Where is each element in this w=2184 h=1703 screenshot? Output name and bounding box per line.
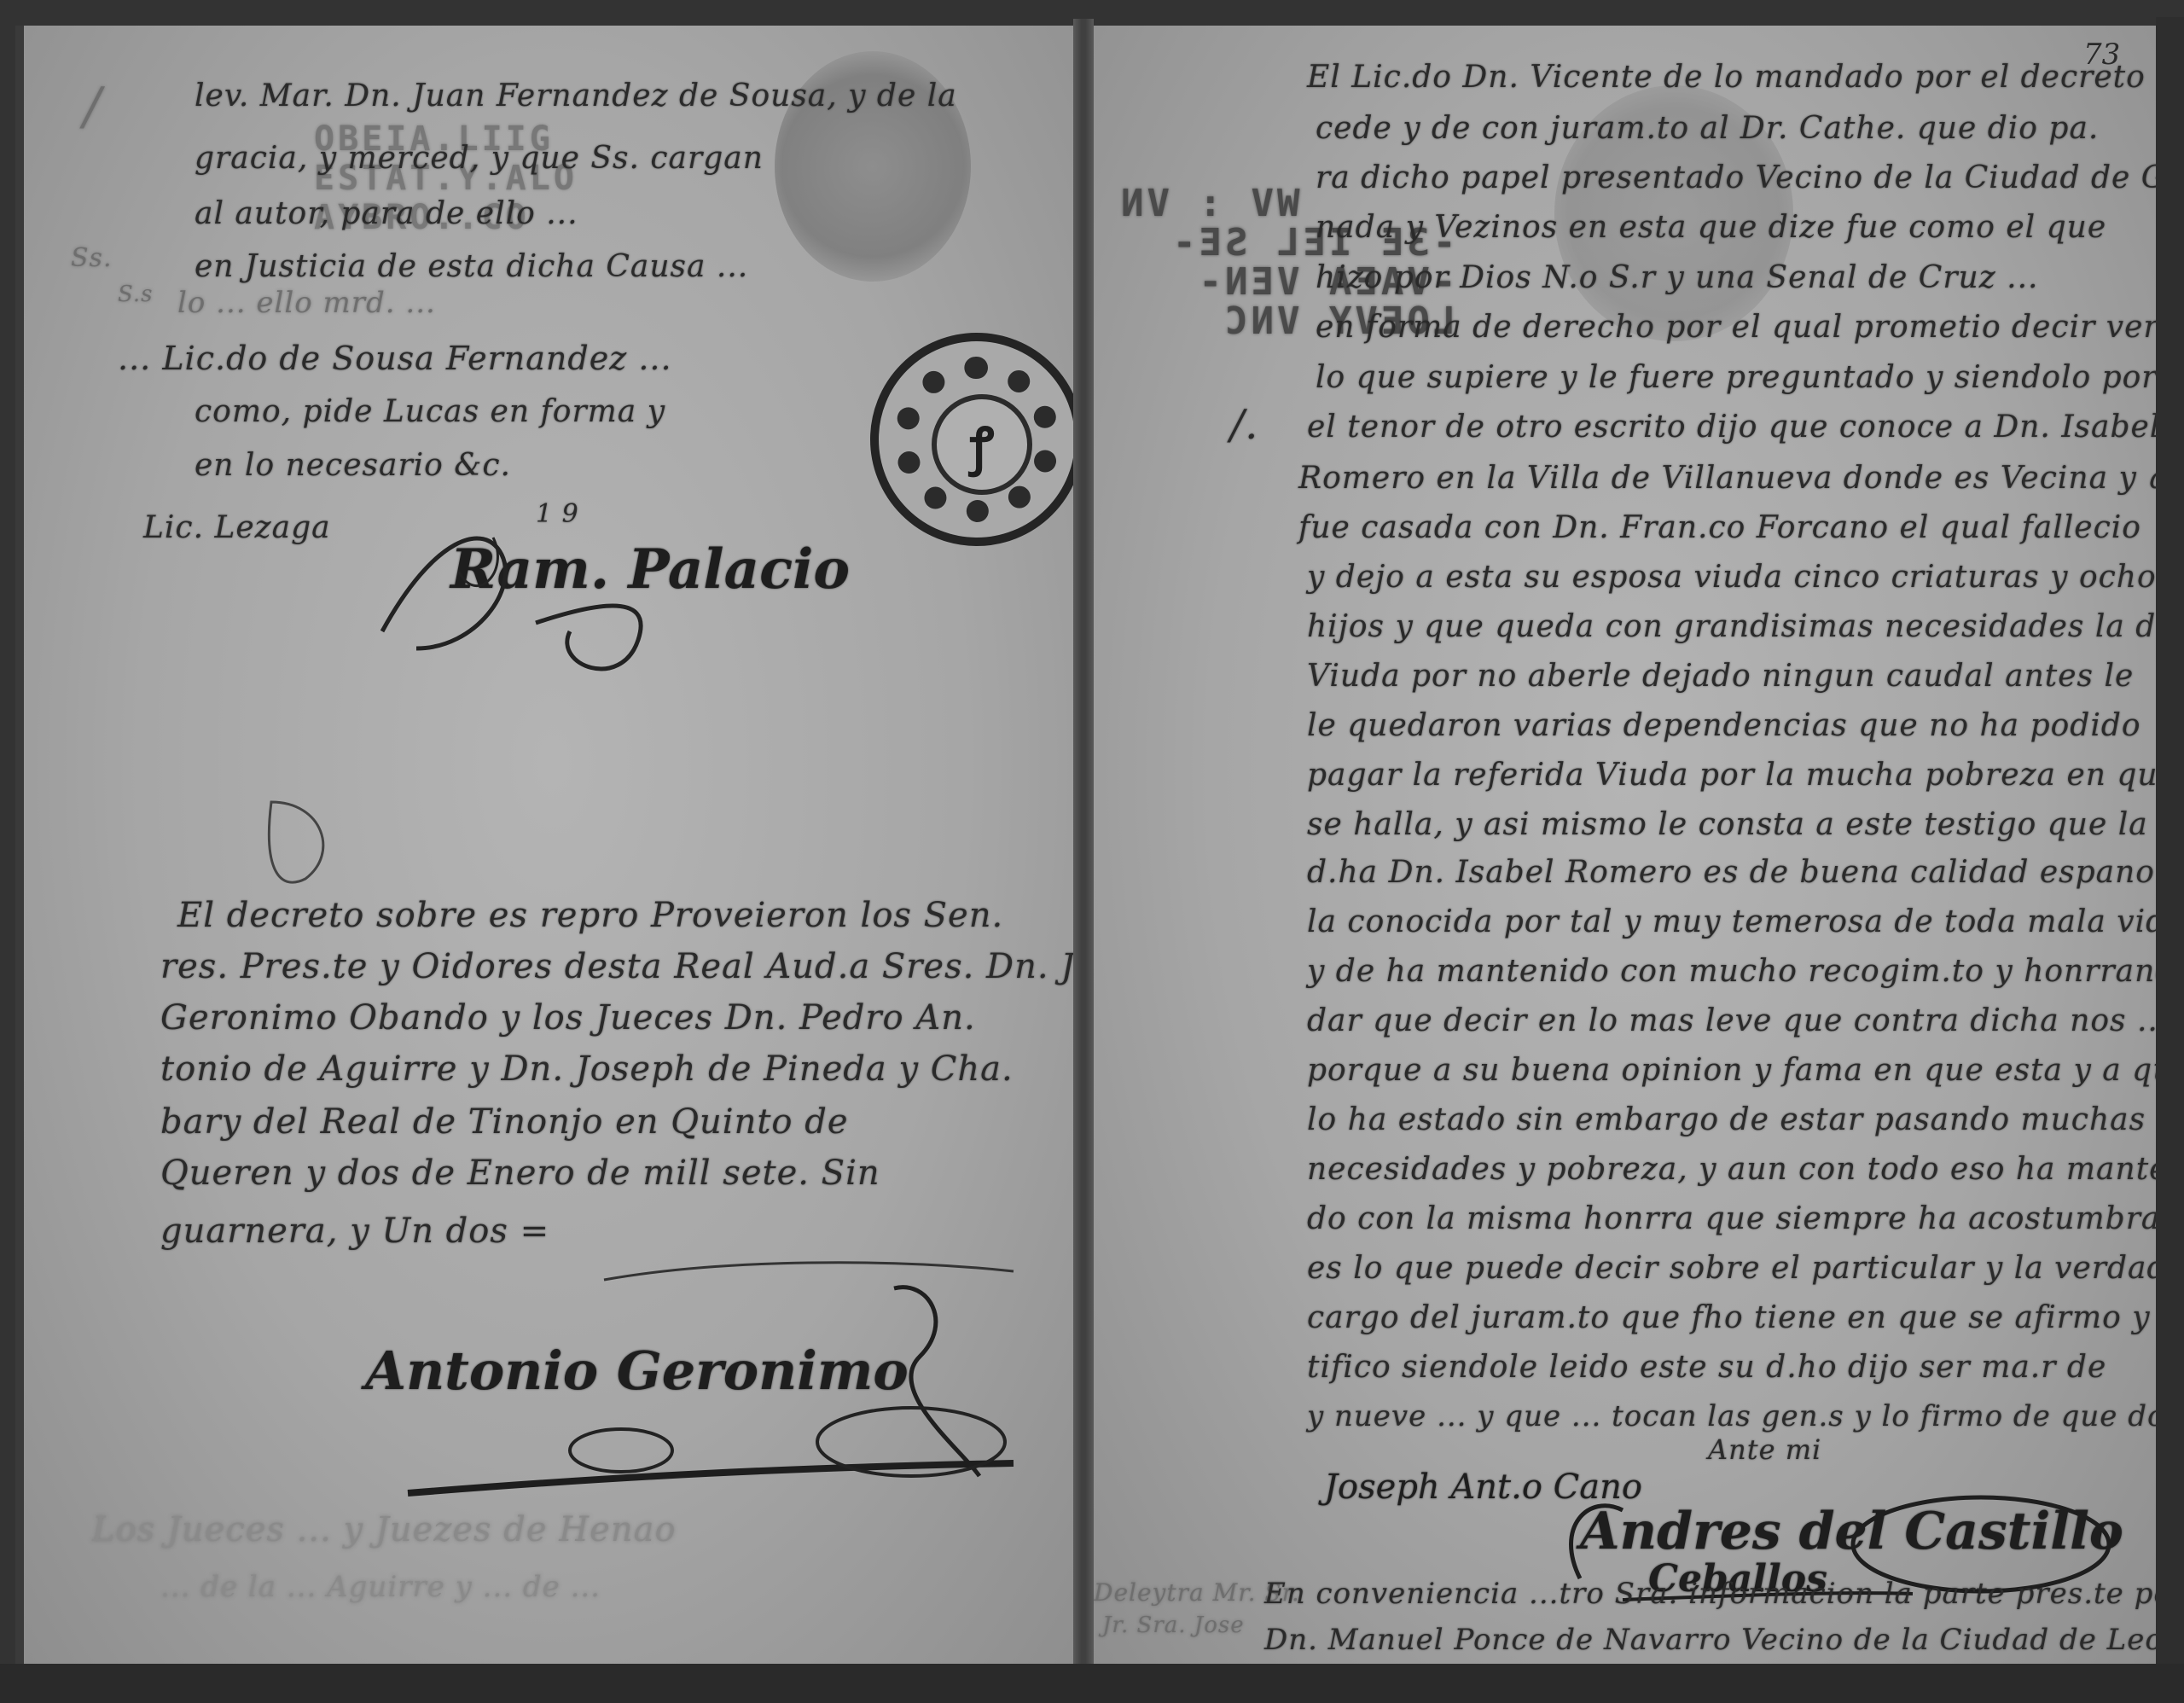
decree-line: res. Pres.te y Oidores desta Real Aud.a … [160, 947, 1082, 986]
capital-d-icon [246, 793, 348, 896]
text-line: en Justicia de esta dicha Causa ... [195, 249, 748, 284]
testimony-line: y dejo a esta su esposa viuda cinco cria… [1307, 560, 2156, 595]
testimony-line: tifico siendole leido este su d.ho dijo … [1307, 1350, 2106, 1385]
testimony-line: d.ha Dn. Isabel Romero es de buena calid… [1307, 855, 2156, 890]
text-line: lo ... ello mrd. ... [177, 286, 436, 320]
margin-mark: Ss. [71, 243, 112, 273]
text-line: ... Lic.do de Sousa Fernandez ... [118, 340, 672, 377]
testimony-line: nada y Vezinos en esta que dize fue como… [1316, 210, 2106, 245]
testimony-line: El Lic.do Dn. Vicente de lo mandado por … [1307, 60, 2156, 95]
decree-line: tonio de Aguirre y Dn. Joseph de Pineda … [160, 1049, 1014, 1089]
testimony-line: cede y de con juram.to al Dr. Cathe. que… [1316, 111, 2099, 146]
footer-line: En conveniencia ...tro Sra. informacion … [1264, 1577, 2156, 1611]
text-line: Lic. Lezaga [143, 510, 331, 545]
ante-mi-label: Ante mi [1708, 1433, 1821, 1466]
ink-seal-stamp: ꝭ [870, 333, 1083, 546]
bleed-through-line: Los Jueces ... y Juezes de Henao [92, 1510, 677, 1549]
decree-line: guarnera, y Un dos = [160, 1212, 549, 1251]
signature-flourish-icon [365, 503, 672, 674]
testimony-line: en forma de derecho por el qual prometio… [1316, 310, 2156, 345]
testimony-line: do con la misma honrra que siempre ha ac… [1307, 1201, 2156, 1236]
testimony-line: es lo que puede decir sobre el particula… [1307, 1251, 2156, 1286]
right-page: 73 WV : VN-3E IEL SE--VAEA VEN-LOEVY VNC… [1094, 26, 2156, 1672]
testimony-line: cargo del juram.to que fho tiene en que … [1307, 1300, 2156, 1335]
manuscript-spread: OBEIA.LIIGESTAT.Y.ALOAYBRO..CO / lev. Ma… [0, 0, 2184, 1703]
text-line: gracia, y merced, y que Ss. cargan [195, 141, 764, 176]
page-gutter [1073, 19, 1094, 1691]
decree-line: Geronimo Obando y los Jueces Dn. Pedro A… [160, 998, 976, 1037]
testimony-line: le quedaron varias dependencias que no h… [1307, 708, 2141, 743]
decree-line: bary del Real de Tinonjo en Quinto de [160, 1102, 849, 1142]
footer-line: Dn. Manuel Ponce de Navarro Vecino de la… [1264, 1623, 2156, 1657]
seal-monogram-icon: ꝭ [932, 394, 1032, 495]
page-edge [0, 1664, 2184, 1703]
testimony-line: y nueve ... y que ... tocan las gen.s y … [1307, 1399, 2156, 1433]
decree-line: El decreto sobre es repro Proveieron los… [177, 896, 1003, 935]
text-line: al autor, para de ello ... [195, 196, 578, 231]
testimony-line: el tenor de otro escrito dijo que conoce… [1307, 410, 2156, 445]
testimony-line: fue casada con Dn. Fran.co Forcano el qu… [1298, 510, 2141, 545]
testimony-line: lo ha estado sin embargo de estar pasand… [1307, 1102, 2146, 1137]
text-line: en lo necesario &c. [195, 448, 511, 483]
testimony-line: necesidades y pobreza, y aun con todo es… [1307, 1152, 2156, 1187]
testimony-line: Viuda por no aberle dejado ningun caudal… [1307, 659, 2134, 694]
testimony-line: Romero en la Villa de Villanueva donde e… [1298, 461, 2156, 496]
testimony-line: pagar la referida Viuda por la mucha pob… [1307, 758, 2156, 793]
testimony-line: y de ha mantenido con mucho recogim.to y… [1307, 954, 2156, 989]
testimony-line: hijos y que queda con grandisimas necesi… [1307, 609, 2156, 644]
text-line: como, pide Lucas en forma y [195, 394, 665, 429]
margin-note: Jr. Sra. Jose [1102, 1613, 1245, 1638]
testimony-line: lo que supiere y le fuere preguntado y s… [1316, 360, 2156, 395]
margin-mark: S.s [118, 282, 154, 307]
testimony-line: porque a su buena opinion y fama en que … [1307, 1053, 2156, 1088]
bleed-through-line: ... de la ... Aguirre y ... de ... [160, 1570, 601, 1604]
page-edge [2156, 17, 2184, 1703]
margin-mark: / [84, 77, 102, 137]
testimony-line: la conocida por tal y muy temerosa de to… [1307, 904, 2156, 939]
testimony-line: hizo por Dios N.o S.r y una Senal de Cru… [1316, 260, 2038, 295]
rubric-flourish-icon [365, 1254, 1048, 1527]
left-page: OBEIA.LIIGESTAT.Y.ALOAYBRO..CO / lev. Ma… [15, 26, 1082, 1664]
pilcrow-mark: /. [1230, 401, 1258, 449]
decree-line: Queren y dos de Enero de mill sete. Sin [160, 1154, 880, 1193]
testimony-line: ra dicho papel presentado Vecino de la C… [1316, 160, 2156, 195]
testimony-line: se halla, y asi mismo le consta a este t… [1307, 807, 2148, 842]
text-line: lev. Mar. Dn. Juan Fernandez de Sousa, y… [195, 78, 957, 113]
testimony-line: dar que decir en lo mas leve que contra … [1307, 1003, 2156, 1038]
